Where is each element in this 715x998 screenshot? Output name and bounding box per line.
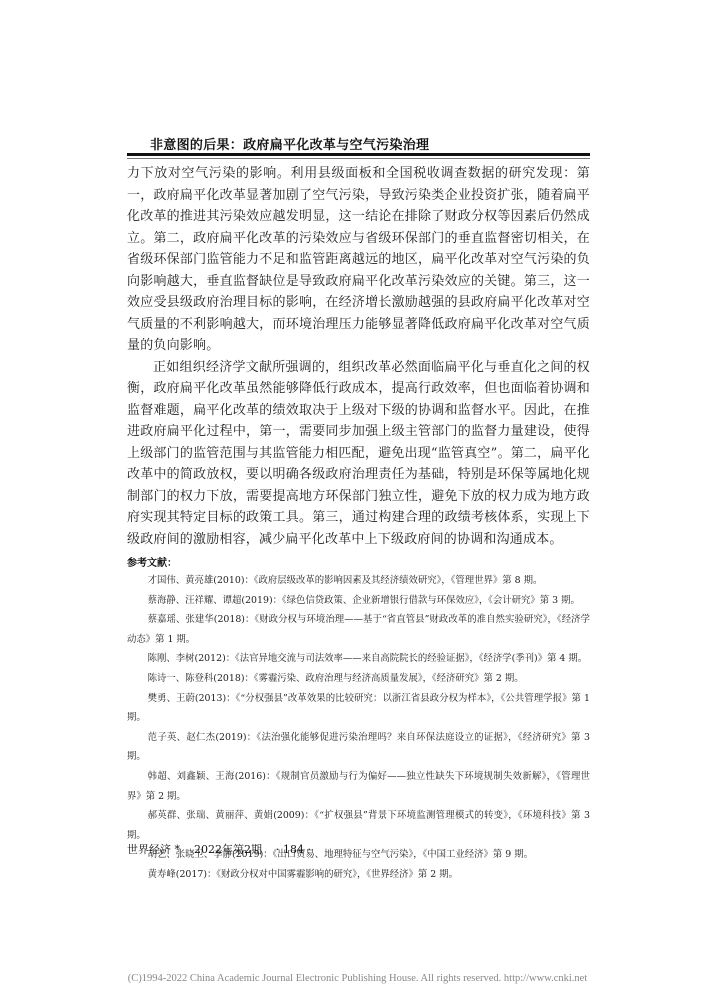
running-header-title: 非意图的后果：政府扁平化改革与空气污染治理 [150,134,429,153]
references-heading: 参考文献： [127,554,177,569]
reference-item: 樊勇、王蔚(2013)：《“分权强县”改革效果的比较研究：以浙江省县政分权为样本… [127,689,590,728]
reference-item: 才国伟、黄亮雄(2010)：《政府层级改革的影响因素及其经济绩效研究》，《管理世… [127,571,590,591]
copyright-notice: (C)1994-2022 China Academic Journal Elec… [0,973,715,984]
reference-item: 蔡海静、汪祥耀、谭超(2019)：《绿色信贷政策、企业新增银行借款与环保效应》，… [127,591,590,611]
header-rule-thick [127,153,590,156]
header-rule-thin [127,158,590,159]
page-footer: 世界经济 *2022年第2期· 184 · [127,841,325,857]
reference-item: 黄寿峰(2017)：《财政分权对中国雾霾影响的研究》，《世界经济》第 2 期。 [127,865,590,885]
issue-label: 2022年第2期 [194,843,262,856]
reference-item: 韩超、刘鑫颖、王海(2016)：《规制官员激励与行为偏好——独立性缺失下环境规制… [127,767,590,806]
journal-name: 世界经济 * [127,843,180,856]
body-paragraph: 力下放对空气污染的影响。利用县级面板和全国税收调查数据的研究发现：第一，政府扁平… [127,163,590,357]
reference-item: 蔡嘉瑶、张建华(2018)：《财政分权与环境治理——基于“省直管县”财政改革的准… [127,610,590,649]
page-number: · 184 · [276,843,311,856]
body-text: 力下放对空气污染的影响。利用县级面板和全国税收调查数据的研究发现：第一，政府扁平… [127,163,590,550]
reference-item: 陈诗一、陈登科(2018)：《雾霾污染、政府治理与经济高质量发展》，《经济研究》… [127,669,590,689]
reference-item: 范子英、赵仁杰(2019)：《法治强化能够促进污染治理吗？来自环保法庭设立的证据… [127,728,590,767]
reference-item: 陈刚、李树(2012)：《法官异地交流与司法效率——来自高院院长的经验证据》，《… [127,649,590,669]
references-list: 才国伟、黄亮雄(2010)：《政府层级改革的影响因素及其经济绩效研究》，《管理世… [127,571,590,885]
body-paragraph: 正如组织经济学文献所强调的，组织改革必然面临扁平化与垂直化之间的权衡，政府扁平化… [127,357,590,551]
reference-item: 郝英群、张瑞、黄丽萍、黄娟(2009)：《“扩权强县”背景下环境监测管理模式的转… [127,806,590,845]
